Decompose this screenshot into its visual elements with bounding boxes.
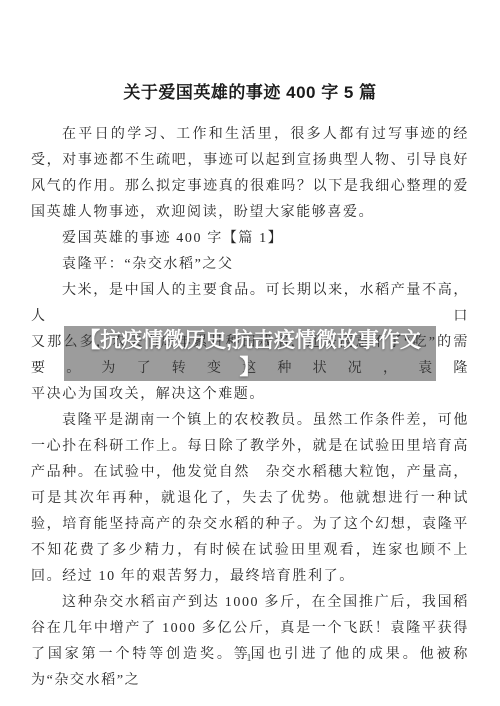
intro-paragraph: 在平日的学习、工作和生活里，很多人都有过写事迹的经受，对事迹都不生疏吧，事迹可以… [31, 122, 469, 226]
rice-paragraph-last-line: 平决心为国攻关，解决这个难题。 [31, 382, 469, 408]
page-number: - 1 - [0, 652, 500, 664]
career-paragraph: 袁隆平是湖南一个镇上的农校教员。虽然工作条件差，可他一心扑在科研工作上。每日除了… [31, 408, 469, 590]
document-body: 在平日的学习、工作和生活里，很多人都有过写事迹的经受，对事迹都不生疏吧，事迹可以… [31, 122, 469, 694]
rice-paragraph-line-1: 大米，是中国人的主要食品。可长期以来，水稻产量不高，人口 [31, 278, 469, 330]
document-title: 关于爱国英雄的事迹 400 字 5 篇 [0, 78, 500, 103]
ad-overlay-text-line-1: 【抗疫情微历史,抗击疫情微故事作文 [64, 327, 436, 354]
section-heading: 爱国英雄的事迹 400 字【篇 1】 [31, 226, 469, 252]
ad-overlay-banner[interactable]: 【抗疫情微历史,抗击疫情微故事作文 】 [64, 326, 436, 381]
document-page: 关于爱国英雄的事迹 400 字 5 篇 在平日的学习、工作和生活里，很多人都有过… [0, 0, 500, 706]
ad-overlay-text-line-2: 】 [64, 354, 436, 381]
subheading: 袁隆平：“杂交水稻”之父 [31, 252, 469, 278]
achievement-paragraph: 这种杂交水稻亩产到达 1000 多斤，在全国推广后，我国稻谷在几年中增产了 10… [31, 590, 469, 694]
